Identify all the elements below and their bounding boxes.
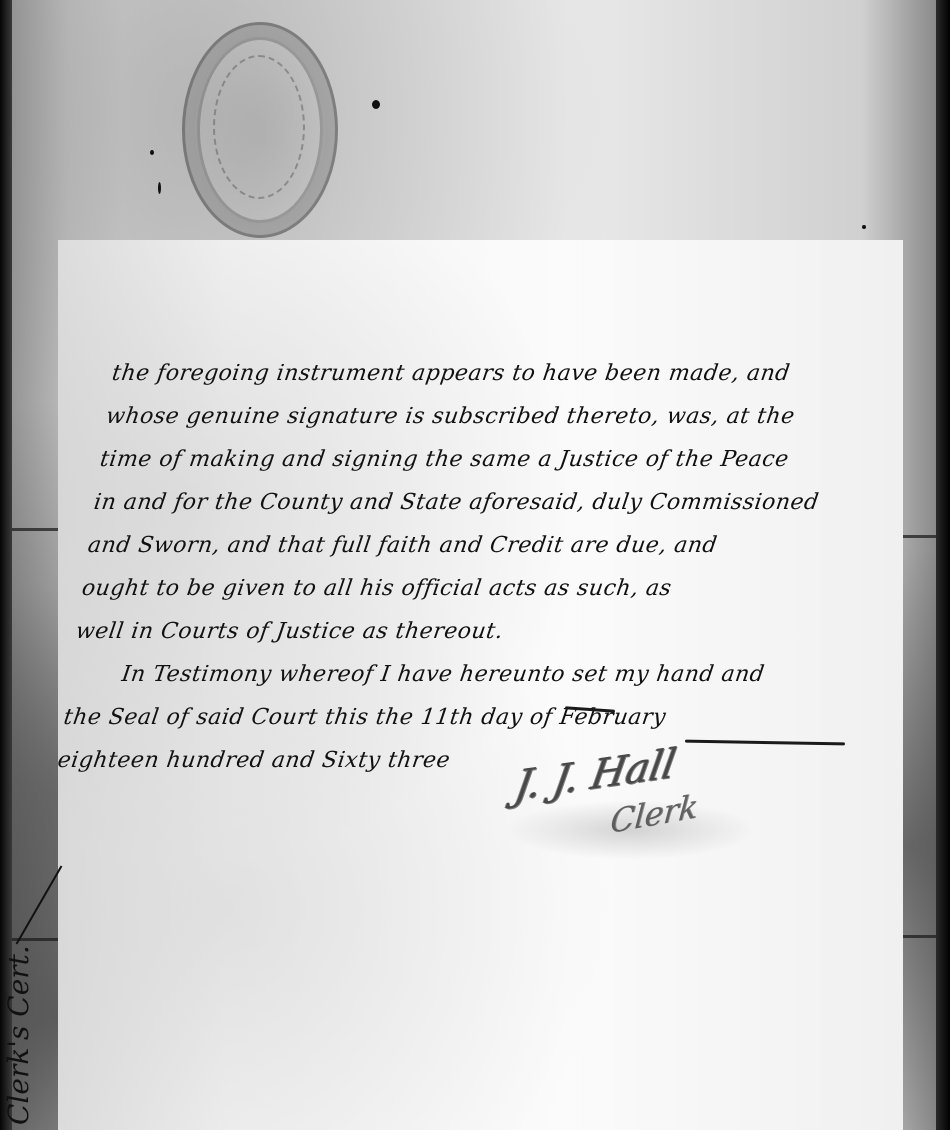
margin-endorsement: Clerk's Cert.: [2, 945, 35, 1125]
body-line: well in Courts of Justice as thereout.: [73, 610, 909, 653]
ink-speck: [862, 225, 866, 229]
ink-speck: [158, 182, 161, 194]
testimony-line: eighteen hundred and Sixty three: [55, 739, 891, 782]
certificate-body: the foregoing instrument appears to have…: [55, 352, 945, 782]
court-seal-icon: [182, 22, 338, 238]
right-binding-edge: [936, 0, 950, 1130]
body-line: and Sworn, and that full faith and Credi…: [85, 524, 921, 567]
ink-speck: [150, 150, 154, 155]
fold-line-right-lower: [900, 935, 936, 938]
testimony-line: the Seal of said Court this the 11th day…: [61, 696, 897, 739]
body-line: time of making and signing the same a Ju…: [97, 438, 933, 481]
body-line: whose genuine signature is subscribed th…: [103, 395, 939, 438]
seal-inner-ring: [213, 55, 305, 199]
scanned-document: the foregoing instrument appears to have…: [0, 0, 950, 1130]
body-line: in and for the County and State aforesai…: [91, 481, 927, 524]
ink-speck: [372, 100, 380, 109]
body-line: the foregoing instrument appears to have…: [109, 352, 945, 395]
body-line: ought to be given to all his official ac…: [79, 567, 915, 610]
testimony-line: In Testimony whereof I have hereunto set…: [67, 653, 903, 696]
fold-line-left: [12, 528, 62, 531]
